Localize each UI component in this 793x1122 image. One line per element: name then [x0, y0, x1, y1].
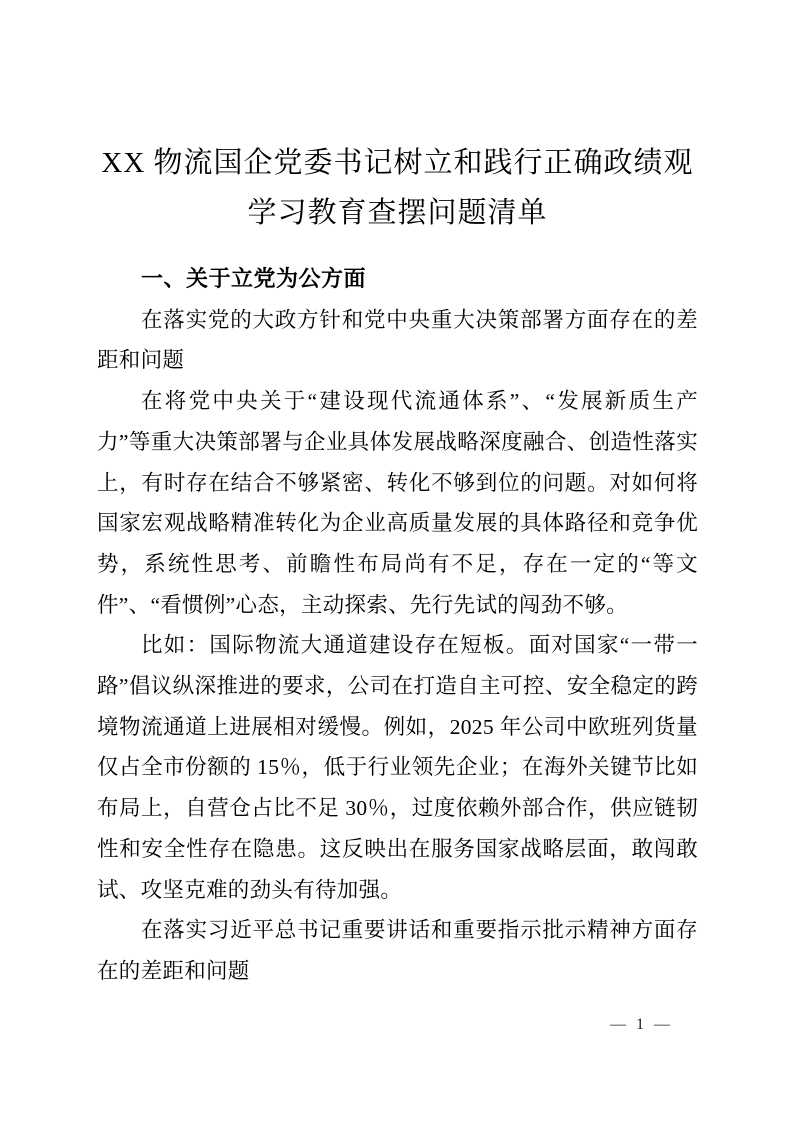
paragraph-example-logistics-corridor: 比如：国际物流大通道建设存在短板。面对国家“一带一路”倡议纵深推进的要求，公司在…	[97, 625, 698, 910]
section-heading-1: 一、关于立党为公方面	[97, 259, 698, 300]
paragraph-subtopic-policy-gap: 在落实党的大政方针和党中央重大决策部署方面存在的差距和问题	[97, 300, 698, 381]
page-number: — 1 —	[610, 1016, 673, 1034]
paragraph-analysis-central-decisions: 在将党中央关于“建设现代流通体系”、“发展新质生产力”等重大决策部署与企业具体发…	[97, 381, 698, 625]
document-content: XX 物流国企党委书记树立和践行正确政绩观 学习教育查摆问题清单 一、关于立党为…	[97, 138, 698, 992]
document-title-line-1: XX 物流国企党委书记树立和践行正确政绩观	[97, 138, 698, 188]
document-title: XX 物流国企党委书记树立和践行正确政绩观 学习教育查摆问题清单	[97, 138, 698, 238]
document-page: XX 物流国企党委书记树立和践行正确政绩观 学习教育查摆问题清单 一、关于立党为…	[0, 0, 793, 1122]
paragraph-subtopic-speeches-gap: 在落实习近平总书记重要讲话和重要指示批示精神方面存在的差距和问题	[97, 910, 698, 991]
document-title-line-2: 学习教育查摆问题清单	[97, 188, 698, 238]
